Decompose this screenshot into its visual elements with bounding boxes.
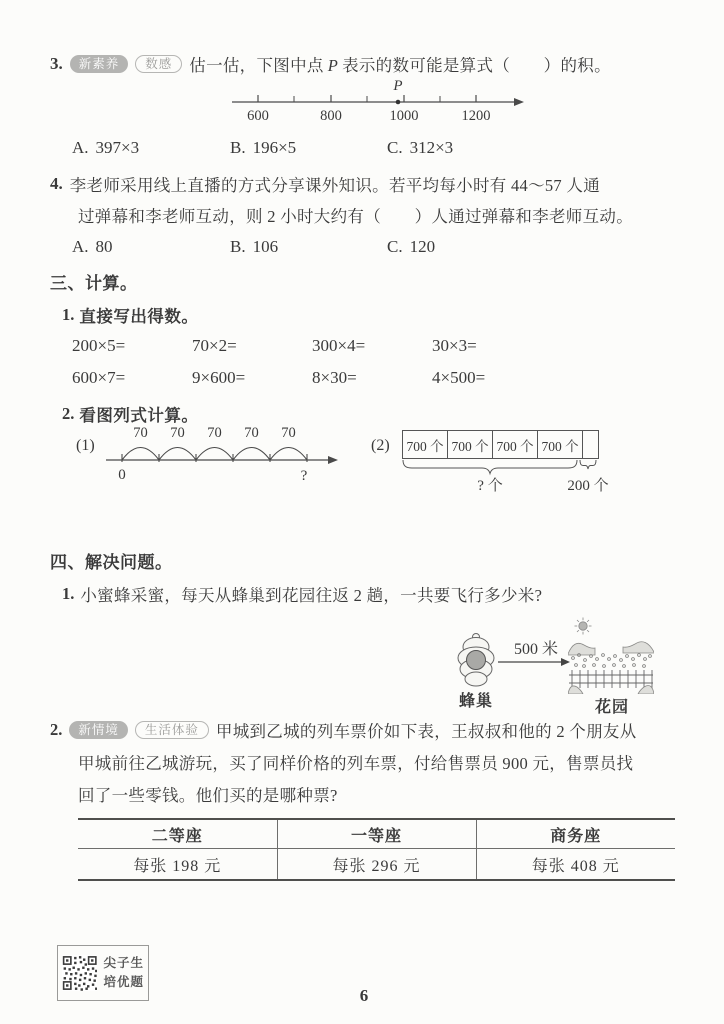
ticket-price-table: 二等座 一等座 商务座 每张 198 元 每张 296 元 每张 408 元 xyxy=(78,818,675,881)
qr-block: 尖子生 培优题 xyxy=(57,945,149,1001)
qr-caption-line1: 尖子生 xyxy=(103,954,144,973)
calc-expression: 600×7= xyxy=(72,368,125,388)
diagram-1-label: (1) xyxy=(76,437,95,455)
option-value: 80 xyxy=(96,237,113,256)
table-header-row: 二等座 一等座 商务座 xyxy=(78,819,675,849)
solve-q2-line1: 甲城到乙城的列车票价如下表，王叔叔和他的 2 个朋友从 xyxy=(216,718,637,742)
hop-arc xyxy=(270,448,307,461)
point-p-variable: P xyxy=(328,56,338,75)
badge-number-sense: 数感 xyxy=(135,55,182,73)
end-question-label: ? xyxy=(301,468,308,484)
worksheet-page: 3. 新素养 数感 估一估，下图中点P表示的数可能是算式（ ）的积。 P 600… xyxy=(0,0,724,1024)
q3-option-a: A.397×3 xyxy=(72,138,139,158)
point-p-label: P xyxy=(392,78,402,94)
qr-caption: 尖子生 培优题 xyxy=(103,954,144,992)
option-value: 312×3 xyxy=(410,138,454,157)
q4-option-c: C.120 xyxy=(387,237,435,257)
q4-option-b: B.106 xyxy=(230,237,278,257)
bar-model-figure: 700 个 700 个 700 个 700 个 xyxy=(402,430,599,459)
solve-q2-stem: 2. 新情境 生活体验 甲城到乙城的列车票价如下表，王叔叔和他的 2 个朋友从 xyxy=(50,718,637,742)
start-label: 0 xyxy=(118,467,126,483)
question-4-stem: 4. 李老师采用线上直播的方式分享课外知识。若平均每小时有 44～57 人通 xyxy=(50,172,600,196)
question-3-number: 3. xyxy=(50,54,63,74)
arc-value: 70 xyxy=(170,425,185,441)
section-calc-title: 三、计算。 xyxy=(50,269,138,294)
arc-value: 70 xyxy=(281,425,296,441)
sub-number: 2. xyxy=(62,404,74,424)
tick-label-800: 800 xyxy=(320,108,342,124)
garden-label: 花园 xyxy=(595,694,629,717)
arc-value: 70 xyxy=(207,425,222,441)
badge-new-literacy: 新素养 xyxy=(70,55,129,73)
option-value: 106 xyxy=(253,237,279,256)
question-4-line2: 过弹幕和李老师互动，则 2 小时大约有（ ）人通过弹幕和李老师互动。 xyxy=(78,203,633,227)
solve-q1-stem: 1. 小蜜蜂采蜜，每天从蜂巢到花园往返 2 趟，一共要飞行多少米? xyxy=(62,582,542,606)
header-business-class: 商务座 xyxy=(476,819,675,849)
sub-title: 看图列式计算。 xyxy=(79,402,198,426)
bar-cell: 700 个 xyxy=(403,431,448,458)
tick-label-1200: 1200 xyxy=(462,108,491,124)
calc-diagram-title: 2. 看图列式计算。 xyxy=(62,402,198,426)
option-value: 196×5 xyxy=(253,138,297,157)
q4-option-a: A.80 xyxy=(72,237,113,257)
beehive-label: 蜂巢 xyxy=(459,688,493,711)
bar-question-label: ? 个 xyxy=(477,474,502,495)
table-value-row: 每张 198 元 每张 296 元 每张 408 元 xyxy=(78,849,675,881)
beehive-icon xyxy=(452,632,500,688)
hop-arc xyxy=(122,448,159,461)
option-letter: C. xyxy=(387,237,403,256)
sub-number: 1. xyxy=(62,305,74,325)
question-3-text-after: 表示的数可能是算式（ ）的积。 xyxy=(342,56,611,75)
sub-number: 2. xyxy=(50,720,62,740)
option-letter: B. xyxy=(230,237,246,256)
bar-cell: 700 个 xyxy=(493,431,538,458)
number-line-figure: P 600 800 1000 1200 xyxy=(228,78,528,130)
bee-figure: 蜂巢 500 米 xyxy=(440,610,690,712)
calc-expression: 4×500= xyxy=(432,368,485,388)
option-letter: A. xyxy=(72,138,89,157)
solve-q1-text: 小蜜蜂采蜜，每天从蜂巢到花园往返 2 趟，一共要飞行多少米? xyxy=(80,582,542,606)
hop-arc xyxy=(159,448,196,461)
bar-cell-extra xyxy=(583,431,598,458)
sub-number: 1. xyxy=(62,584,74,604)
flower-field xyxy=(572,654,652,668)
bar-cell: 700 个 xyxy=(448,431,493,458)
tick-label-600: 600 xyxy=(247,108,269,124)
q3-option-c: C.312×3 xyxy=(387,138,453,158)
price-second-class: 每张 198 元 xyxy=(78,849,277,881)
garden-icon xyxy=(568,636,654,694)
calc-expression: 70×2= xyxy=(192,336,237,356)
question-4-number: 4. xyxy=(50,174,63,194)
qr-caption-line2: 培优题 xyxy=(103,973,144,992)
small-brace-icon xyxy=(580,460,596,469)
calc-expression: 300×4= xyxy=(312,336,365,356)
distance-arrow-icon xyxy=(496,654,572,668)
section-solve-title: 四、解决问题。 xyxy=(50,548,173,573)
question-3-text-before: 估一估，下图中点 xyxy=(189,56,323,75)
question-4-line1: 李老师采用线上直播的方式分享课外知识。若平均每小时有 44～57 人通 xyxy=(70,172,600,196)
option-letter: C. xyxy=(387,138,403,157)
option-letter: B. xyxy=(230,138,246,157)
sub-title: 直接写出得数。 xyxy=(79,303,198,327)
tick-label-1000: 1000 xyxy=(390,108,419,124)
option-value: 397×3 xyxy=(96,138,140,157)
hop-arc xyxy=(233,448,270,461)
q3-option-b: B.196×5 xyxy=(230,138,296,158)
arc-value: 70 xyxy=(244,425,259,441)
header-second-class: 二等座 xyxy=(78,819,277,849)
option-value: 120 xyxy=(410,237,436,256)
option-letter: A. xyxy=(72,237,89,256)
qr-code-icon xyxy=(62,951,97,995)
calc-expression: 200×5= xyxy=(72,336,125,356)
hop-arc xyxy=(196,448,233,461)
arrowhead-icon xyxy=(328,456,338,464)
calc-expression: 30×3= xyxy=(432,336,477,356)
diagram-2-label: (2) xyxy=(371,437,390,455)
point-p-dot xyxy=(396,100,401,105)
solve-q2-line2: 甲城前往乙城游玩，买了同样价格的列车票，付给售票员 900 元，售票员找 xyxy=(78,750,633,774)
arc-value: 70 xyxy=(133,425,148,441)
sun-icon xyxy=(574,617,592,635)
badge-new-situation: 新情境 xyxy=(69,721,128,739)
solve-q2-line3: 回了一些零钱。他们买的是哪种票? xyxy=(78,782,338,806)
question-3-stem: 3. 新素养 数感 估一估，下图中点P表示的数可能是算式（ ）的积。 xyxy=(50,52,611,76)
bar-extra-label: 200 个 xyxy=(567,474,608,495)
badge-life-experience: 生活体验 xyxy=(135,721,209,739)
calc-expression: 9×600= xyxy=(192,368,245,388)
price-business-class: 每张 408 元 xyxy=(476,849,675,881)
price-first-class: 每张 296 元 xyxy=(277,849,476,881)
calc-direct-title: 1. 直接写出得数。 xyxy=(62,303,198,327)
bar-cell: 700 个 xyxy=(538,431,583,458)
arc-number-line-figure: 70 70 70 70 70 0 ? xyxy=(104,424,344,488)
calc-expression: 8×30= xyxy=(312,368,357,388)
page-number: 6 xyxy=(360,986,369,1006)
arrowhead-icon xyxy=(514,98,524,106)
big-brace-icon xyxy=(403,460,577,474)
header-first-class: 一等座 xyxy=(277,819,476,849)
fence xyxy=(569,670,653,688)
